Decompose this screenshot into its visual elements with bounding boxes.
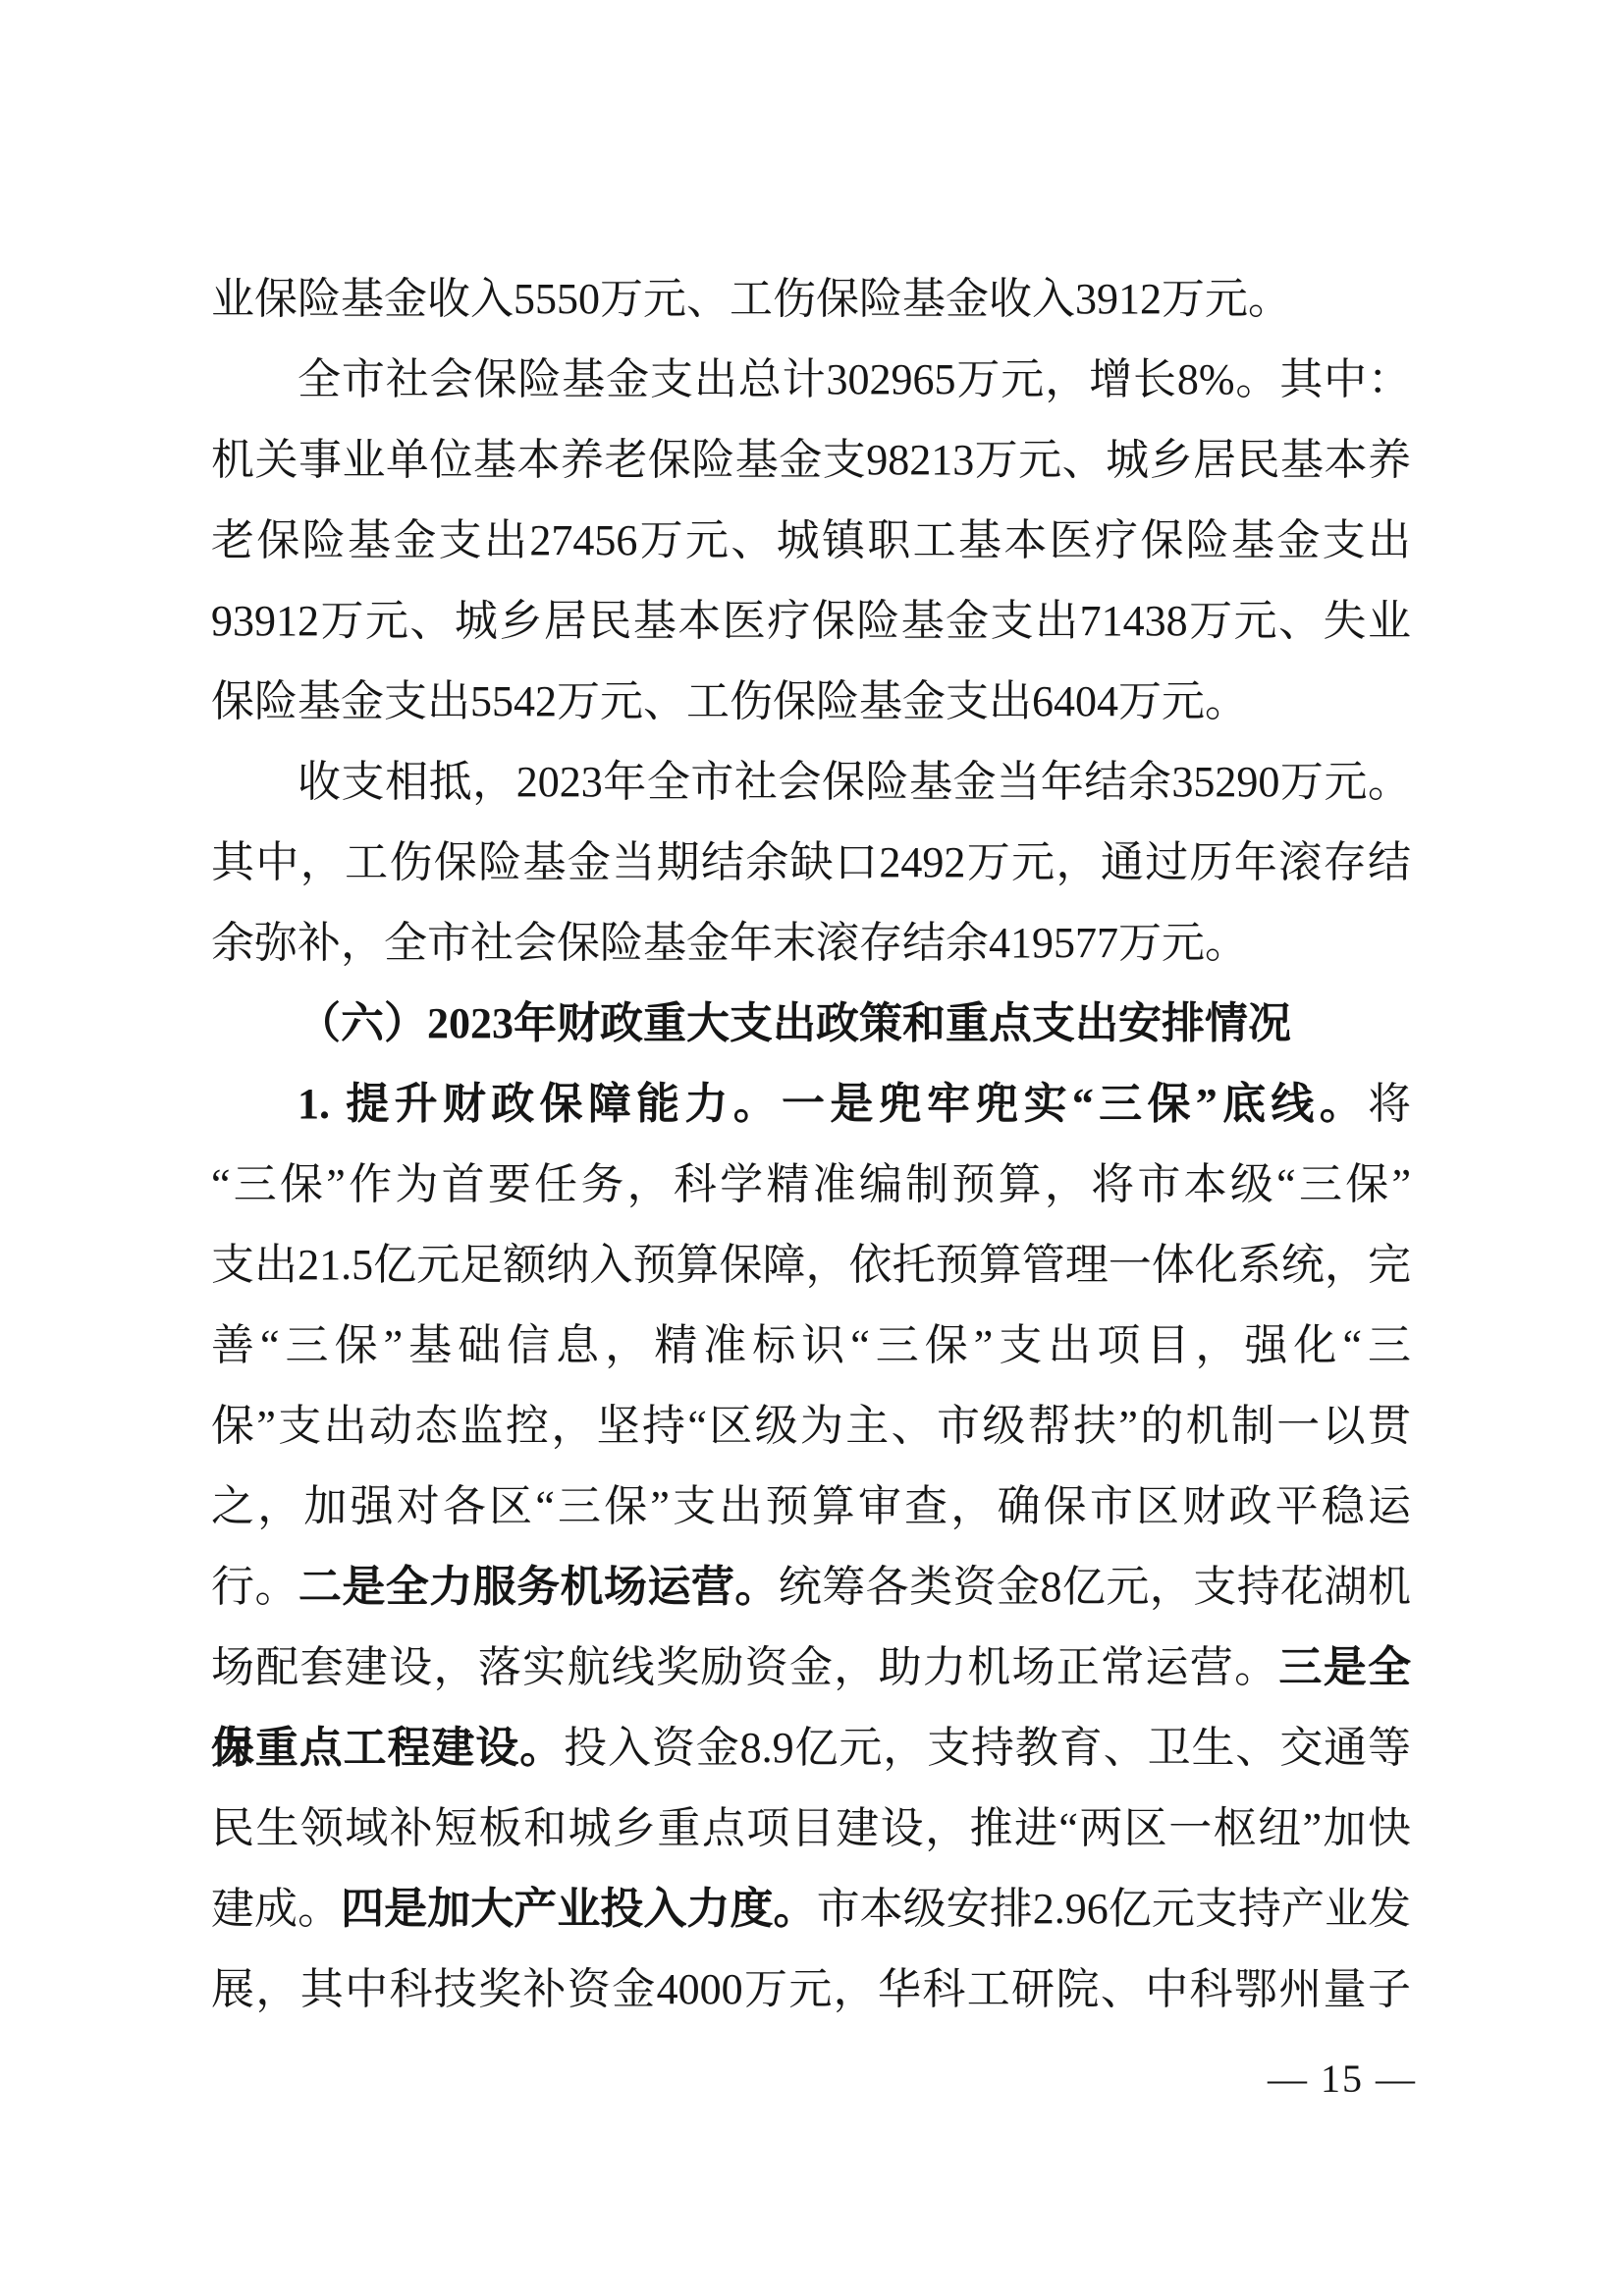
text-segment: 收支相抵，2023年全市社会保险基金当年结余35290万元。 [298, 758, 1411, 806]
text-line: 善“三保”基础信息，精准标识“三保”支出项目，强化“三 [211, 1306, 1411, 1386]
text-line: 其中，工伤保险基金当期结余缺口2492万元，通过历年滚存结 [211, 823, 1411, 903]
bold-text-segment: 二是全力服务机场运营。 [298, 1563, 779, 1611]
text-segment: 行。 [211, 1563, 298, 1611]
text-line: 展，其中科技奖补资金4000万元，华科工研院、中科鄂州量子 [211, 1949, 1411, 2030]
text-segment: 场配套建设，落实航线奖励资金，助力机场正常运营。 [211, 1643, 1278, 1691]
text-line: 保”支出动态监控，坚持“区级为主、市级帮扶”的机制一以贯 [211, 1386, 1411, 1467]
text-line: 1. 提升财政保障能力。一是兜牢兜实“三保”底线。将 [211, 1064, 1411, 1145]
bold-text-segment: 保重点工程建设。 [211, 1724, 564, 1772]
section-heading-line: （六）2023年财政重大支出政策和重点支出安排情况 [211, 984, 1411, 1064]
text-segment: 统筹各类资金8亿元，支持花湖机 [779, 1563, 1411, 1611]
text-segment: 余弥补，全市社会保险基金年末滚存结余419577万元。 [211, 919, 1248, 967]
text-line: 业保险基金收入5550万元、工伤保险基金收入3912万元。 [211, 259, 1411, 340]
text-line: 机关事业单位基本养老保险基金支98213万元、城乡居民基本养 [211, 420, 1411, 501]
text-segment: 投入资金8.9亿元，支持教育、卫生、交通等 [564, 1724, 1411, 1772]
text-line: 建成。四是加大产业投入力度。市本级安排2.96亿元支持产业发 [211, 1869, 1411, 1949]
text-line: 场配套建设，落实航线奖励资金，助力机场正常运营。三是全力 [211, 1628, 1411, 1708]
text-segment: 将 [1368, 1080, 1411, 1128]
text-segment: “三保”作为首要任务，科学精准编制预算，将市本级“三保” [211, 1160, 1411, 1208]
document-page: 业保险基金收入5550万元、工伤保险基金收入3912万元。全市社会保险基金支出总… [0, 0, 1624, 2296]
text-segment: 机关事业单位基本养老保险基金支98213万元、城乡居民基本养 [211, 436, 1411, 484]
text-segment: 其中，工伤保险基金当期结余缺口2492万元，通过历年滚存结 [211, 838, 1411, 886]
text-line: 民生领域补短板和城乡重点项目建设，推进“两区一枢纽”加快 [211, 1789, 1411, 1869]
text-line: 收支相抵，2023年全市社会保险基金当年结余35290万元。 [211, 742, 1411, 823]
text-segment: 展，其中科技奖补资金4000万元，华科工研院、中科鄂州量子 [211, 1965, 1411, 2013]
bold-text-segment: 四是加大产业投入力度。 [341, 1885, 816, 1933]
text-line: 之，加强对各区“三保”支出预算审查，确保市区财政平稳运 [211, 1467, 1411, 1547]
text-segment: 业保险基金收入5550万元、工伤保险基金收入3912万元。 [211, 275, 1291, 323]
text-line: 老保险基金支出27456万元、城镇职工基本医疗保险基金支出 [211, 501, 1411, 581]
text-segment: 全市社会保险基金支出总计302965万元，增长8%。其中： [298, 355, 1411, 403]
text-segment: 支出21.5亿元足额纳入预算保障，依托预算管理一体化系统，完 [211, 1241, 1411, 1289]
text-segment: 保”支出动态监控，坚持“区级为主、市级帮扶”的机制一以贯 [211, 1402, 1411, 1450]
text-segment: 保险基金支出5542万元、工伤保险基金支出6404万元。 [211, 677, 1248, 725]
text-line: 93912万元、城乡居民基本医疗保险基金支出71438万元、失业 [211, 581, 1411, 662]
bold-text-segment: 1. 提升财政保障能力。一是兜牢兜实“三保”底线。 [298, 1080, 1368, 1128]
document-text-column: 业保险基金收入5550万元、工伤保险基金收入3912万元。全市社会保险基金支出总… [211, 259, 1411, 2030]
text-line: 保险基金支出5542万元、工伤保险基金支出6404万元。 [211, 662, 1411, 742]
text-segment: 93912万元、城乡居民基本医疗保险基金支出71438万元、失业 [211, 597, 1411, 645]
text-segment: 建成。 [211, 1885, 341, 1933]
page-number: — 15 — [1268, 2056, 1417, 2103]
text-line: 行。二是全力服务机场运营。统筹各类资金8亿元，支持花湖机 [211, 1547, 1411, 1628]
text-line: 全市社会保险基金支出总计302965万元，增长8%。其中： [211, 340, 1411, 420]
text-line: 支出21.5亿元足额纳入预算保障，依托预算管理一体化系统，完 [211, 1225, 1411, 1306]
text-segment: 民生领域补短板和城乡重点项目建设，推进“两区一枢纽”加快 [211, 1804, 1411, 1852]
text-segment: 老保险基金支出27456万元、城镇职工基本医疗保险基金支出 [211, 516, 1411, 564]
text-segment: 市本级安排2.96亿元支持产业发 [817, 1885, 1411, 1933]
text-line: “三保”作为首要任务，科学精准编制预算，将市本级“三保” [211, 1145, 1411, 1225]
text-line: 保重点工程建设。投入资金8.9亿元，支持教育、卫生、交通等 [211, 1708, 1411, 1789]
text-line: 余弥补，全市社会保险基金年末滚存结余419577万元。 [211, 903, 1411, 984]
text-segment: 之，加强对各区“三保”支出预算审查，确保市区财政平稳运 [211, 1482, 1411, 1530]
text-segment: 善“三保”基础信息，精准标识“三保”支出项目，强化“三 [211, 1321, 1411, 1369]
bold-text-segment: （六）2023年财政重大支出政策和重点支出安排情况 [298, 999, 1291, 1047]
